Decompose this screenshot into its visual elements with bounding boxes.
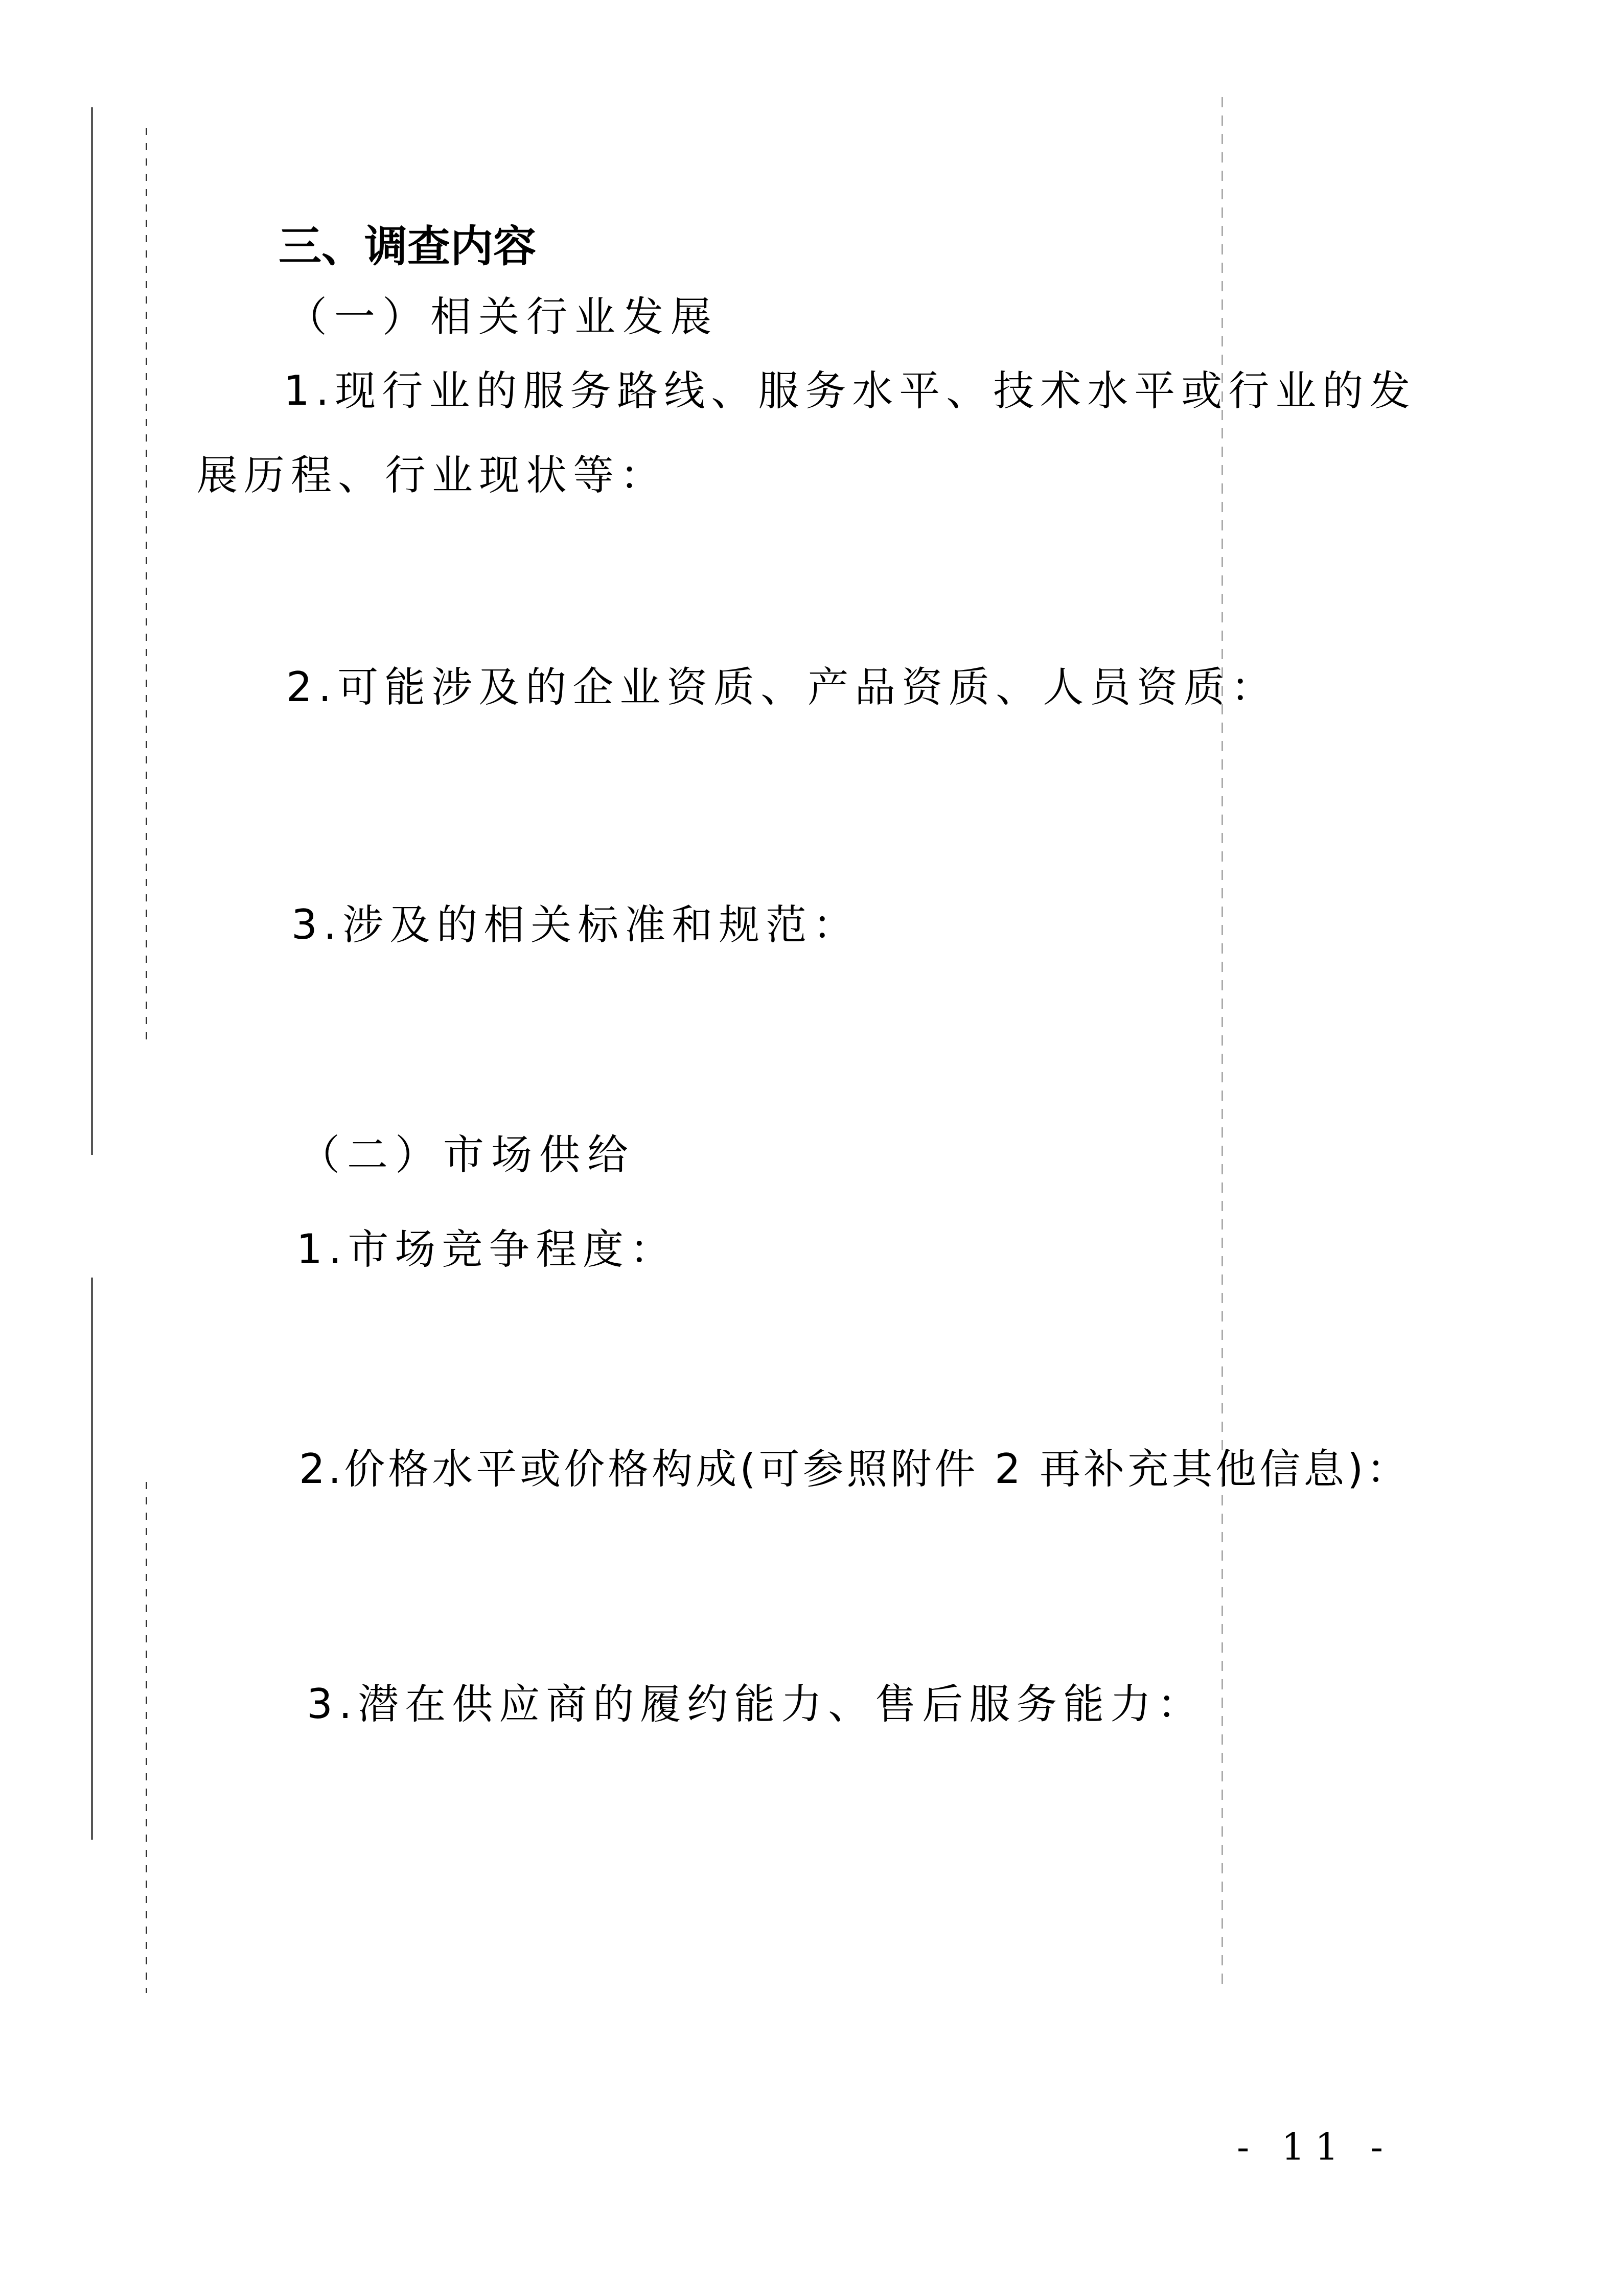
scan-edge-line-left-lower bbox=[91, 1278, 93, 1840]
item-industry-2: 2.可能涉及的企业资质、产品资质、人员资质： bbox=[286, 667, 1278, 708]
scan-edge-dash-left bbox=[146, 128, 147, 1048]
item-market-2: 2.价格水平或价格构成(可参照附件 2 再补充其他信息)： bbox=[299, 1449, 1411, 1490]
item-market-3: 3.潜在供应商的履约能力、售后服务能力： bbox=[307, 1684, 1204, 1725]
scan-edge-line-left bbox=[91, 107, 93, 1155]
subsection-title-industry: （一）相关行业发展 bbox=[286, 296, 719, 337]
page-number: - 11 - bbox=[1237, 2126, 1393, 2169]
item-market-1: 1.市场竞争程度： bbox=[296, 1229, 677, 1270]
subsection-title-market-supply: （二）市场供给 bbox=[299, 1134, 635, 1175]
item-industry-1-cont: 展历程、行业现状等： bbox=[197, 455, 667, 496]
item-industry-3: 3.涉及的相关标准和规范： bbox=[291, 905, 860, 945]
scan-edge-dash-left-lower bbox=[146, 1482, 147, 1993]
item-industry-1: 1.现行业的服务路线、服务水平、技术水平或行业的发 bbox=[284, 370, 1416, 411]
section-heading: 三、调查内容 bbox=[279, 225, 536, 268]
